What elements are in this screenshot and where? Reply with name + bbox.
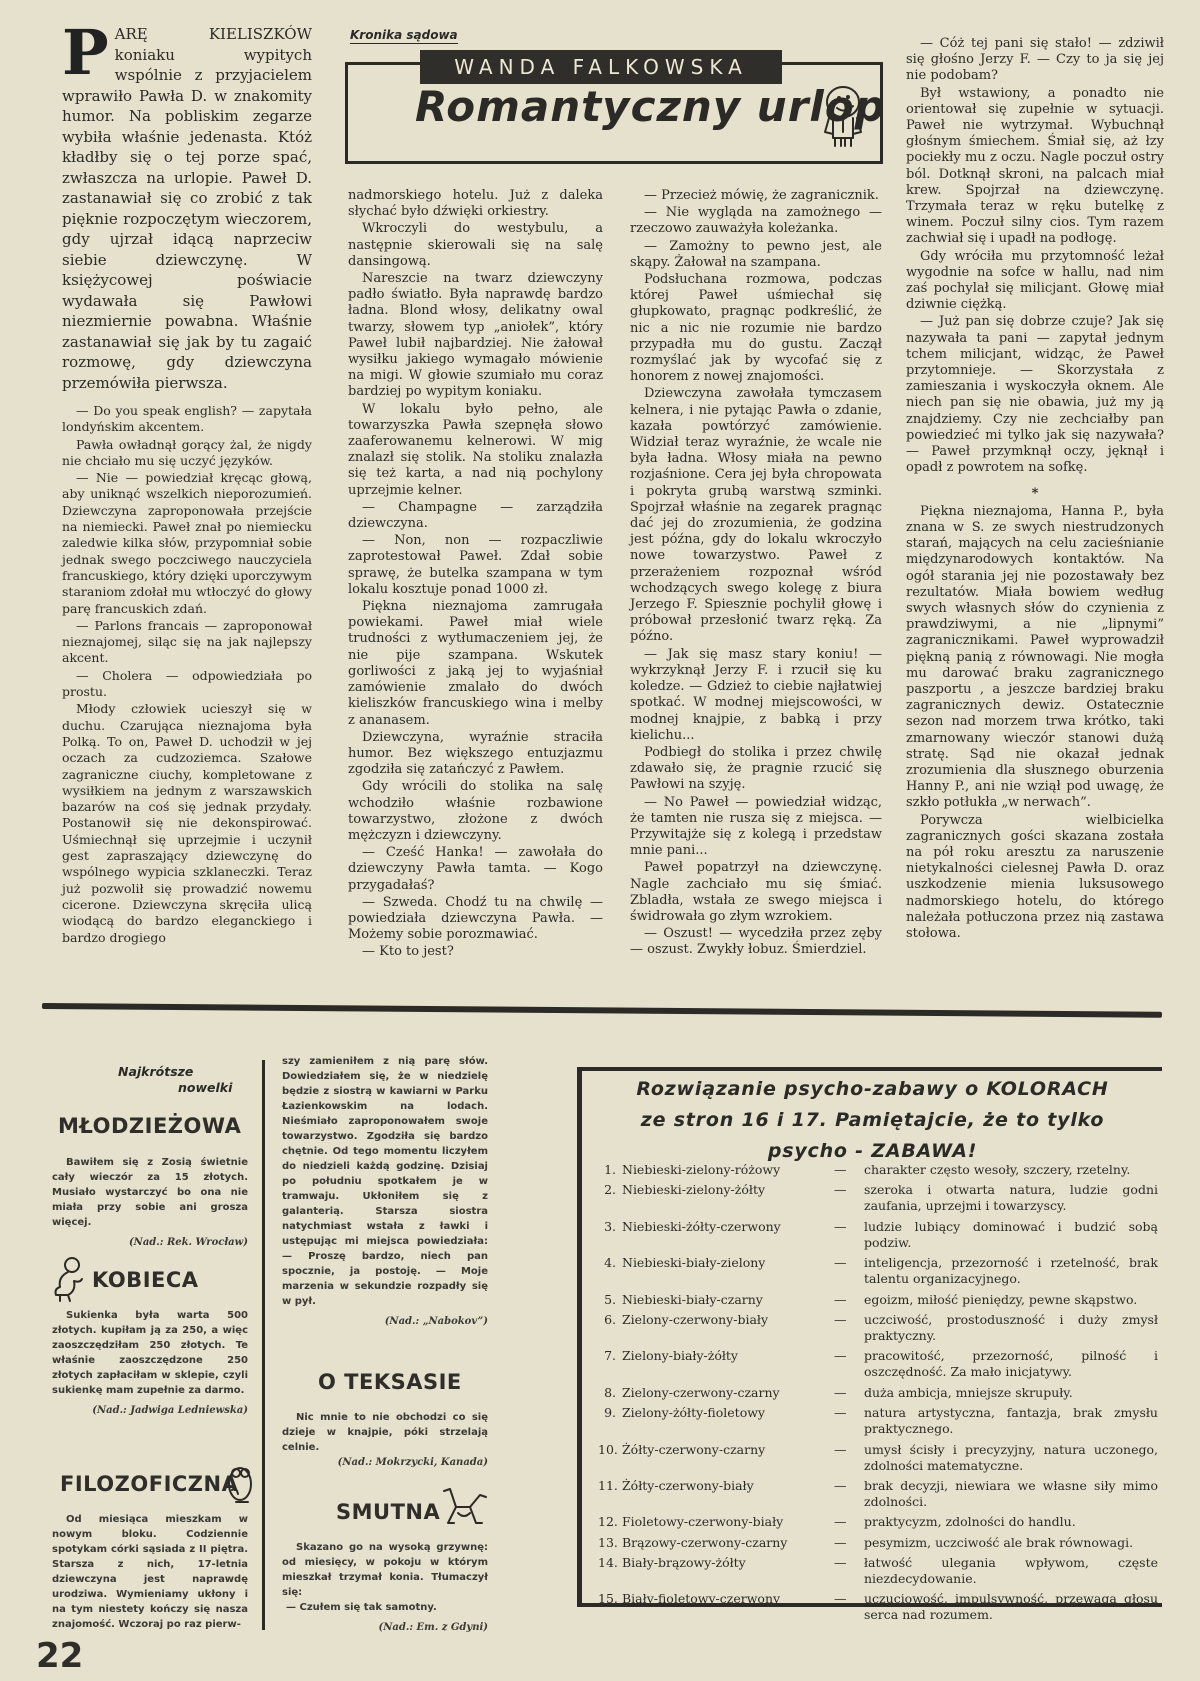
personality-description: uczuciowość, impulsywność, przewaga głos… xyxy=(864,1591,1158,1623)
article-paragraph: — Zamożny to pewno jest, ale skąpy. Żało… xyxy=(630,239,882,271)
personality-description: charakter często wesoły, szczery, rzetel… xyxy=(864,1162,1158,1178)
personality-description: ludzie lubiący dominować i budzić sobą p… xyxy=(864,1219,1158,1251)
solution-number: 14. xyxy=(598,1555,616,1587)
color-combination: Niebieski-zielony-żółty xyxy=(616,1182,834,1214)
solution-number: 6. xyxy=(598,1312,616,1344)
article-paragraph: Gdy wrócili do stolika na salę wchodziło… xyxy=(348,779,603,844)
solution-row: 14.Biały-brązowy-żółty—łatwość ulegania … xyxy=(598,1555,1158,1587)
solution-row: 8.Zielony-czerwony-czarny—duża ambicja, … xyxy=(598,1385,1158,1401)
dash: — xyxy=(834,1555,864,1587)
color-combination: Biały-brązowy-żółty xyxy=(616,1555,834,1587)
novelette-text: Nic mnie to nie obchodzi co się dzieje w… xyxy=(282,1410,488,1470)
color-combination: Biały-fioletowy-czerwony xyxy=(616,1591,834,1623)
woman-cartoon-icon xyxy=(48,1255,88,1303)
article-paragraph: — Już pan się dobrze czuje? Jak się nazy… xyxy=(906,314,1164,476)
personality-description: umysł ścisły i precyzyjny, natura uczone… xyxy=(864,1442,1158,1474)
personality-description: praktycyzm, zdolności do handlu. xyxy=(864,1514,1158,1530)
article-paragraph: nadmorskiego hotelu. Już z daleka słycha… xyxy=(348,188,603,220)
article-lead: PARĘ KIELISZKÓW koniaku wypitych wspólni… xyxy=(62,24,312,393)
article-column-2: nadmorskiego hotelu. Już z daleka słycha… xyxy=(348,188,603,962)
solution-row: 12.Fioletowy-czerwony-biały—praktycyzm, … xyxy=(598,1514,1158,1530)
solution-list: 1.Niebieski-zielony-różowy—charakter czę… xyxy=(598,1162,1158,1628)
novelette-title: SMUTNA xyxy=(336,1500,440,1524)
dash: — xyxy=(834,1478,864,1510)
solution-row: 4.Niebieski-biały-zielony—inteligencja, … xyxy=(598,1255,1158,1287)
color-combination: Zielony-czerwony-biały xyxy=(616,1312,834,1344)
solution-title: Rozwiązanie psycho-zabawy o KOLORACH ze … xyxy=(590,1074,1155,1167)
dash: — xyxy=(834,1182,864,1214)
section-separator: * xyxy=(906,486,1164,502)
dash: — xyxy=(834,1348,864,1380)
drop-cap: P xyxy=(62,28,109,78)
solution-number: 7. xyxy=(598,1348,616,1380)
article-paragraph: — Nie — powiedział kręcąc głową, aby uni… xyxy=(62,470,312,617)
article-column-1: PARĘ KIELISZKÓW koniaku wypitych wspólni… xyxy=(62,24,312,947)
vertical-divider xyxy=(262,1060,265,1630)
article-paragraph: — Champagne — zarządziła dziewczyna. xyxy=(348,500,603,532)
article-paragraph: — Non, non — rozpaczliwie zaprotestował … xyxy=(348,533,603,598)
color-combination: Niebieski-biały-czarny xyxy=(616,1292,834,1308)
solution-number: 1. xyxy=(598,1162,616,1178)
novelette-text: Od miesiąca mieszkam w nowym bloku. Codz… xyxy=(52,1512,248,1632)
solution-row: 5.Niebieski-biały-czarny—egoizm, miłość … xyxy=(598,1292,1158,1308)
solution-row: 6.Zielony-czerwony-biały—uczciwość, pros… xyxy=(598,1312,1158,1344)
solution-number: 2. xyxy=(598,1182,616,1214)
dash: — xyxy=(834,1255,864,1287)
color-combination: Brązowy-czerwony-czarny xyxy=(616,1535,834,1551)
color-combination: Fioletowy-czerwony-biały xyxy=(616,1514,834,1530)
acrobat-cartoon-icon xyxy=(440,1487,488,1529)
novelette-signature: (Nad.: Rek. Wrocław) xyxy=(52,1235,248,1250)
article-paragraph: Nareszcie na twarz dziewczyny padło świa… xyxy=(348,271,603,401)
dash: — xyxy=(834,1405,864,1437)
solution-number: 13. xyxy=(598,1535,616,1551)
article-paragraph: Podsłuchana rozmowa, podczas której Pawe… xyxy=(630,272,882,385)
solution-number: 3. xyxy=(598,1219,616,1251)
novelette-text: Skazano go na wysoką grzywnę: od miesięc… xyxy=(282,1540,488,1635)
personality-description: inteligencja, przezorność i rzetelność, … xyxy=(864,1255,1158,1287)
novelette-text: Sukienka była warta 500 złotych. kupiłam… xyxy=(52,1308,248,1418)
article-paragraph: — Cześć Hanka! — zawołała do dziewczyny … xyxy=(348,845,603,894)
article-paragraph: — Cholera — odpowiedziała po prostu. xyxy=(62,668,312,701)
page-number: 22 xyxy=(36,1636,83,1676)
article-paragraph: Pawła owładnął gorący żal, że nigdy nie … xyxy=(62,437,312,470)
article-paragraph: — Przecież mówię, że zagranicznik. xyxy=(630,188,882,204)
solution-row: 2.Niebieski-zielony-żółty—szeroka i otwa… xyxy=(598,1182,1158,1214)
article-paragraph: Dziewczyna, wyraźnie straciła humor. Bez… xyxy=(348,730,603,779)
article-paragraph: Młody człowiek ucieszył się w duchu. Cza… xyxy=(62,701,312,945)
owl-cartoon-icon xyxy=(226,1460,254,1504)
article-paragraph: Porywcza wielbicielka zagranicznych gośc… xyxy=(906,813,1164,943)
article-paragraph: — Parlons francais — zaproponował niezna… xyxy=(62,618,312,667)
dash: — xyxy=(834,1312,864,1344)
article-paragraph: Gdy wróciła mu przytomność leżał wygodni… xyxy=(906,249,1164,314)
dash: — xyxy=(834,1292,864,1308)
article-paragraph: Piękna nieznajoma zamrugała powiekami. P… xyxy=(348,599,603,729)
dash: — xyxy=(834,1535,864,1551)
article-paragraph: — No Paweł — powiedział widząc, że tamte… xyxy=(630,795,882,860)
dash: — xyxy=(834,1385,864,1401)
article-paragraph: — Oszust! — wycedziła przez zęby — oszus… xyxy=(630,926,882,958)
novelette-title: FILOZOFICZNA xyxy=(60,1472,238,1496)
personality-description: brak decyzji, niewiara we własne siły mi… xyxy=(864,1478,1158,1510)
color-combination: Żółty-czerwony-czarny xyxy=(616,1442,834,1474)
novelettes-heading: Najkrótsze nowelki xyxy=(118,1064,232,1096)
section-rubric: Kronika sądowa xyxy=(350,28,458,44)
solution-number: 11. xyxy=(598,1478,616,1510)
personality-description: duża ambicja, mniejsze skrupuły. xyxy=(864,1385,1158,1401)
author-name: WANDA FALKOWSKA xyxy=(420,50,782,84)
article-paragraph: — Jak się masz stary koniu! — wykrzyknął… xyxy=(630,647,882,744)
solution-number: 12. xyxy=(598,1514,616,1530)
solution-row: 7.Zielony-biały-żółty—pracowitość, przez… xyxy=(598,1348,1158,1380)
color-combination: Zielony-czerwony-czarny xyxy=(616,1385,834,1401)
article-column-4: — Cóż tej pani się stało! — zdziwił się … xyxy=(906,36,1164,943)
article-paragraph: — Kto to jest? xyxy=(348,944,603,960)
solution-row: 13.Brązowy-czerwony-czarny—pesymizm, ucz… xyxy=(598,1535,1158,1551)
solution-number: 9. xyxy=(598,1405,616,1437)
novelette-title: O TEKSASIE xyxy=(318,1370,462,1394)
personality-description: egoizm, miłość pieniędzy, pewne skąpstwo… xyxy=(864,1292,1158,1308)
novelette-signature: (Nad.: „Nabokov”) xyxy=(282,1314,488,1329)
novelette-title: KOBIECA xyxy=(92,1268,199,1292)
article-paragraph: Wkroczyli do westybulu, a następnie skie… xyxy=(348,221,603,270)
personality-description: natura artystyczna, fantazja, brak zmysł… xyxy=(864,1405,1158,1437)
solution-row: 1.Niebieski-zielony-różowy—charakter czę… xyxy=(598,1162,1158,1178)
personality-description: uczciwość, prostoduszność i duży zmysł p… xyxy=(864,1312,1158,1344)
dash: — xyxy=(834,1219,864,1251)
novelette-title: MŁODZIEŻOWA xyxy=(58,1114,241,1138)
novelette-quote: — Czułem się tak samotny. xyxy=(282,1600,488,1615)
solution-number: 4. xyxy=(598,1255,616,1287)
man-cartoon-icon xyxy=(815,82,871,148)
color-combination: Zielony-biały-żółty xyxy=(616,1348,834,1380)
color-combination: Niebieski-biały-zielony xyxy=(616,1255,834,1287)
dash: — xyxy=(834,1514,864,1530)
article-paragraph: Paweł popatrzył na dziewczynę. Nagle zac… xyxy=(630,860,882,925)
novelette-signature: (Nad.: Mokrzycki, Kanada) xyxy=(282,1455,488,1470)
solution-number: 8. xyxy=(598,1385,616,1401)
color-combination: Niebieski-żółty-czerwony xyxy=(616,1219,834,1251)
solution-row: 10.Żółty-czerwony-czarny—umysł ścisły i … xyxy=(598,1442,1158,1474)
article-paragraph: Był wstawiony, a ponadto nie orientował … xyxy=(906,86,1164,248)
color-combination: Żółty-czerwony-biały xyxy=(616,1478,834,1510)
personality-description: szeroka i otwarta natura, ludzie godni z… xyxy=(864,1182,1158,1214)
novelette-signature: (Nad.: Em. z Gdyni) xyxy=(282,1620,488,1635)
article-column-3: — Przecież mówię, że zagranicznik. — Nie… xyxy=(630,188,882,960)
personality-description: łatwość ulegania wpływom, częste niezdec… xyxy=(864,1555,1158,1587)
horizontal-divider xyxy=(42,1003,1162,1018)
solution-number: 10. xyxy=(598,1442,616,1474)
solution-row: 3.Niebieski-żółty-czerwony—ludzie lubiąc… xyxy=(598,1219,1158,1251)
article-paragraph: Podbiegł do stolika i przez chwilę zdawa… xyxy=(630,745,882,794)
solution-row: 15.Biały-fioletowy-czerwony—uczuciowość,… xyxy=(598,1591,1158,1623)
dash: — xyxy=(834,1162,864,1178)
article-paragraph: Piękna nieznajoma, Hanna P., była znana … xyxy=(906,504,1164,812)
personality-description: pracowitość, przezorność, pilność i oszc… xyxy=(864,1348,1158,1380)
article-paragraph: W lokalu było pełno, ale towarzyszka Paw… xyxy=(348,402,603,499)
solution-row: 11.Żółty-czerwony-biały—brak decyzji, ni… xyxy=(598,1478,1158,1510)
article-paragraph: Dziewczyna zawołała tymczasem kelnera, i… xyxy=(630,386,882,645)
article-paragraph: — Do you speak english? — zapytała londy… xyxy=(62,403,312,436)
color-combination: Niebieski-zielony-różowy xyxy=(616,1162,834,1178)
dash: — xyxy=(834,1591,864,1623)
color-combination: Zielony-żółty-fioletowy xyxy=(616,1405,834,1437)
article-paragraph: — Cóż tej pani się stało! — zdziwił się … xyxy=(906,36,1164,85)
personality-description: pesymizm, uczciwość ale brak równowagi. xyxy=(864,1535,1158,1551)
article-paragraph: — Nie wygląda na zamożnego — rzeczowo za… xyxy=(630,205,882,237)
solution-row: 9.Zielony-żółty-fioletowy—natura artysty… xyxy=(598,1405,1158,1437)
dash: — xyxy=(834,1442,864,1474)
solution-number: 15. xyxy=(598,1591,616,1623)
novelette-text-continued: szy zamieniłem z nią parę słów. Dowiedzi… xyxy=(282,1054,488,1329)
solution-number: 5. xyxy=(598,1292,616,1308)
article-paragraph: — Szweda. Chodź tu na chwilę — powiedzia… xyxy=(348,895,603,944)
novelette-text: Bawiłem się z Zosią świetnie cały wieczó… xyxy=(52,1155,248,1250)
novelette-signature: (Nad.: Jadwiga Ledniewska) xyxy=(52,1403,248,1418)
